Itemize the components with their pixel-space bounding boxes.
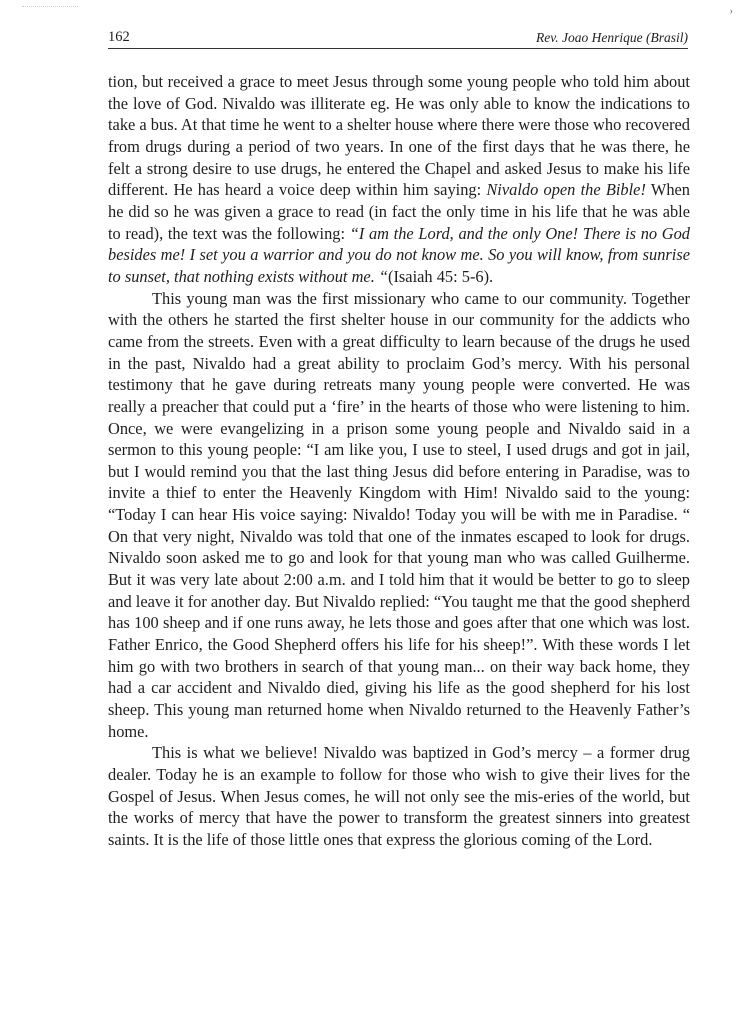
text-segment: This young man was the first missionary … [108, 289, 690, 741]
paragraph-2: This young man was the first missionary … [108, 288, 690, 743]
corner-mark: › [730, 6, 733, 17]
scan-artifact [22, 6, 78, 9]
page-number: 162 [108, 29, 130, 46]
paragraph-1: tion, but received a grace to meet Jesus… [108, 71, 690, 288]
text-segment: This is what we believe! Nivaldo was bap… [108, 743, 690, 849]
running-head: Rev. Joao Henrique (Brasil) [536, 30, 688, 46]
paragraph-3: This is what we believe! Nivaldo was bap… [108, 742, 690, 850]
page-header: 162 Rev. Joao Henrique (Brasil) [108, 26, 688, 49]
scripture-reference: (Isaiah 45: 5-6). [388, 267, 493, 286]
body-text: tion, but received a grace to meet Jesus… [108, 71, 690, 851]
italic-segment: Nivaldo open the Bible! [486, 180, 646, 199]
